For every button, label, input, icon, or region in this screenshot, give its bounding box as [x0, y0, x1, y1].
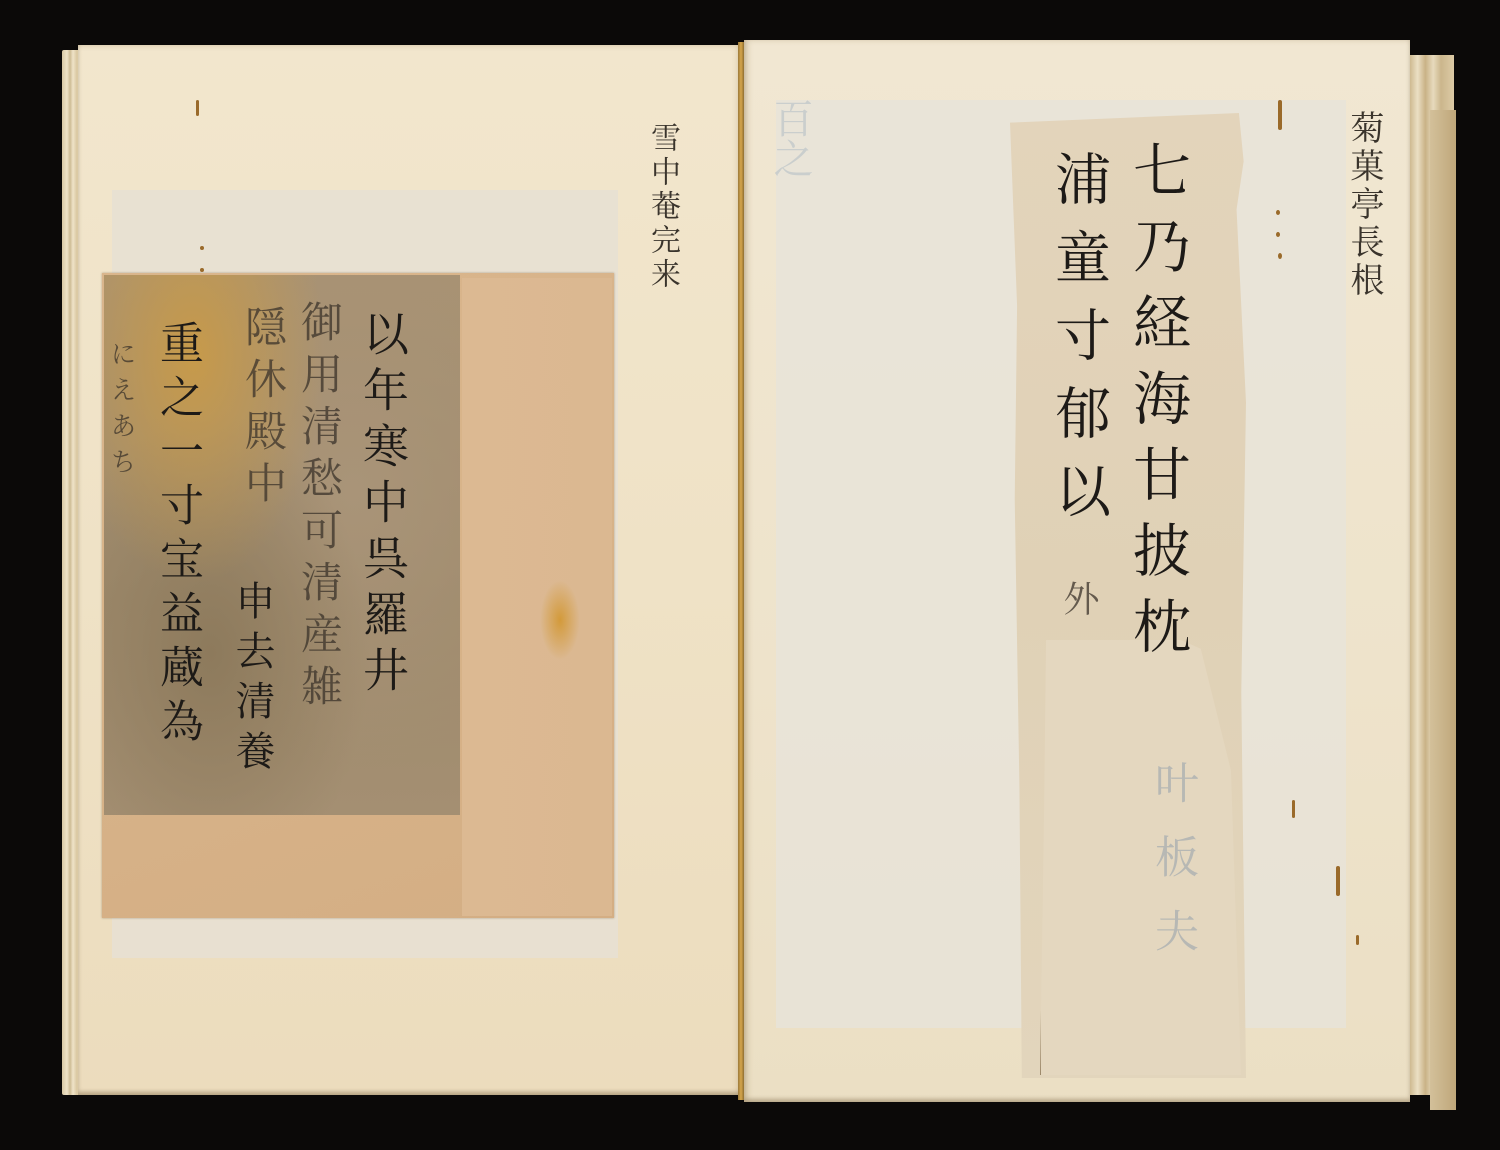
left-calligraphy-column-3: 隠休殿中 [242, 305, 284, 513]
wormhole-spot [1278, 253, 1282, 259]
left-calligraphy-column-4: 申去清養 [232, 580, 272, 780]
right-calligraphy-column-2: 浦童寸郁以 [1050, 150, 1106, 540]
left-fragment-backing-strip [462, 278, 612, 916]
wormhole-spot [1292, 800, 1295, 818]
left-page-author-label: 雪中菴完来 [640, 122, 684, 292]
right-page-ghost-mark: 百之 [762, 98, 819, 178]
wormhole-spot [1276, 232, 1280, 237]
right-fragment-repair-patch [1040, 640, 1241, 1075]
wormhole-spot [1276, 210, 1280, 215]
foxing-spot [196, 100, 199, 116]
left-calligraphy-edge-column: にえあち [108, 340, 134, 484]
left-calligraphy-column-1: 以年寒中呉羅井 [360, 310, 406, 702]
right-calligraphy-column-3: 外 [1060, 580, 1096, 626]
right-page-author-label: 菊菓亭長根 [1340, 110, 1389, 300]
foxing-spot [200, 246, 204, 250]
wormhole-spot [1356, 935, 1359, 945]
wormhole-spot [1336, 866, 1340, 896]
wormhole-spot [1278, 100, 1282, 130]
right-page-stack-back [1430, 110, 1456, 1110]
left-calligraphy-column-5: 重之一寸宝益蔵為 [155, 320, 199, 752]
left-calligraphy-column-2: 御用清愁可清産雑 [298, 300, 340, 716]
left-stain [540, 580, 580, 660]
foxing-spot [200, 268, 204, 272]
right-calligraphy-column-1: 七乃経海甘披枕 [1128, 140, 1186, 672]
right-calligraphy-faint-lower: 叶板夫 [1150, 760, 1194, 982]
